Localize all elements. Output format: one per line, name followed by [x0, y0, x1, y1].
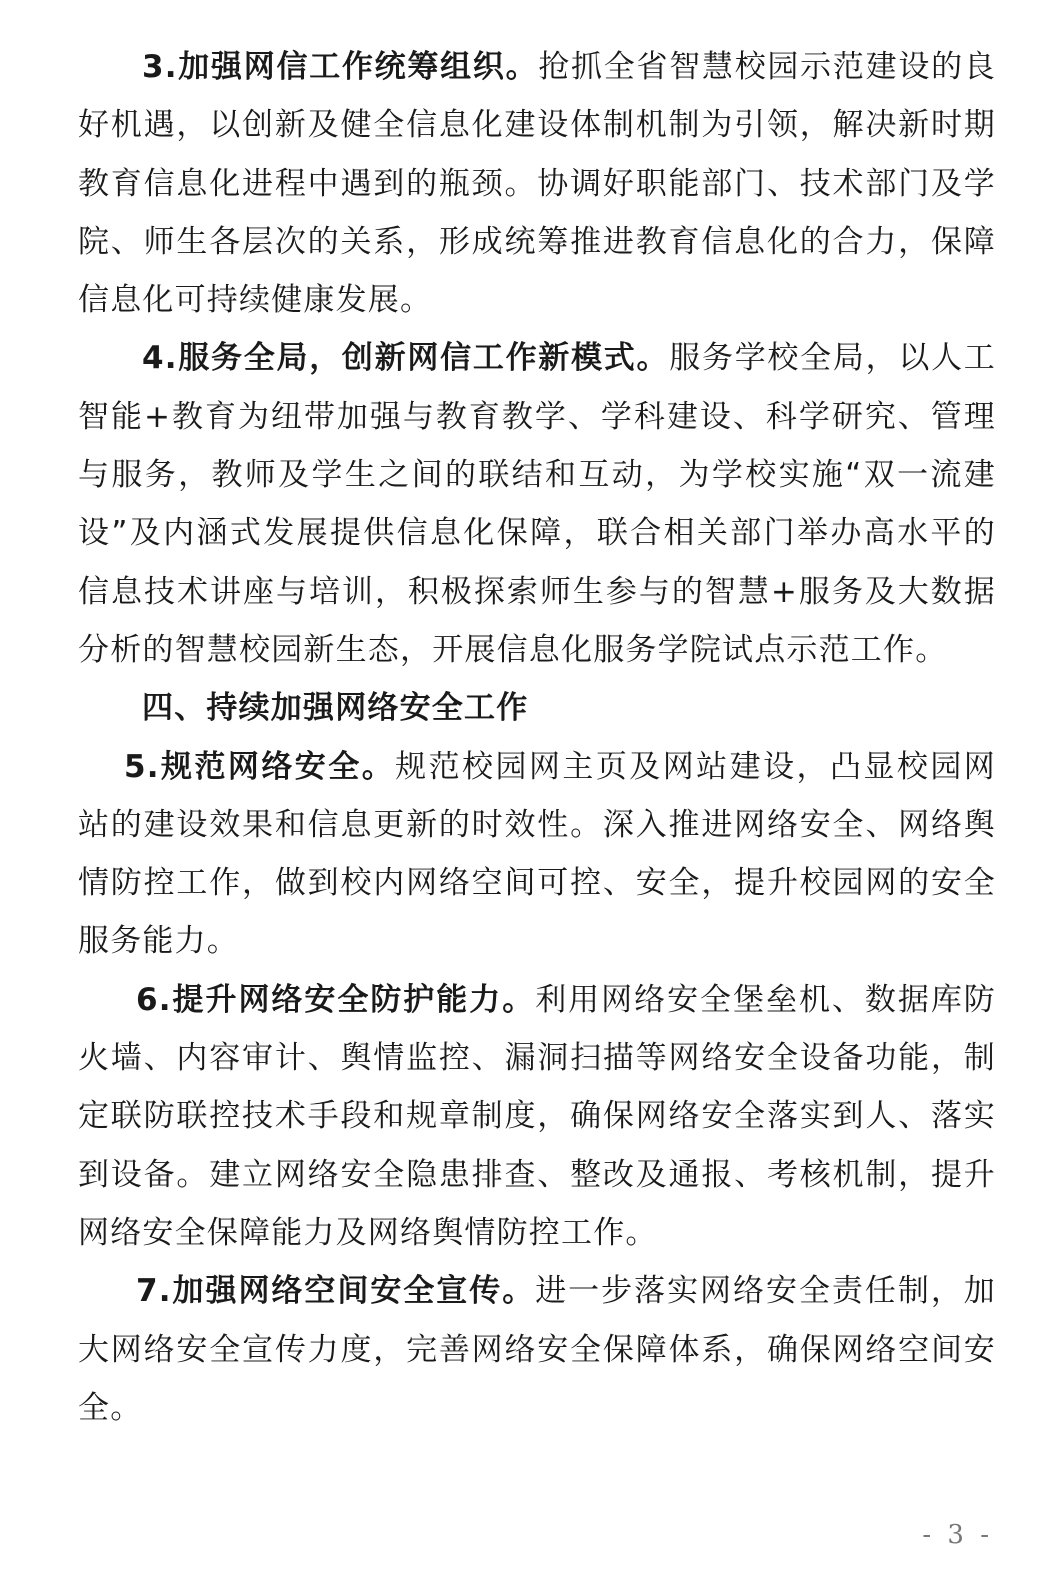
paragraph-item-4: 4.服务全局，创新网信工作新模式。服务学校全局，以人工智能+教育为纽带加强与教育… [78, 329, 996, 679]
paragraph-lead: 5.规范网络安全。 [124, 749, 395, 785]
section-heading: 四、持续加强网络安全工作 [78, 679, 996, 737]
document-page: 3.加强网信工作统筹组织。抢抓全省智慧校园示范建设的良好机遇，以创新及健全信息化… [78, 38, 996, 1437]
paragraph-lead: 7.加强网络空间安全宣传。 [136, 1273, 535, 1309]
paragraph-lead: 6.提升网络安全防护能力。 [136, 982, 535, 1018]
paragraph-item-6: 6.提升网络安全防护能力。利用网络安全堡垒机、数据库防火墙、内容审计、舆情监控、… [78, 971, 996, 1262]
paragraph-body: 抢抓全省智慧校园示范建设的良好机遇，以创新及健全信息化建设体制机制为引领，解决新… [78, 49, 996, 318]
paragraph-lead: 3.加强网信工作统筹组织。 [142, 49, 538, 85]
paragraph-item-5: 5.规范网络安全。规范校园网主页及网站建设，凸显校园网站的建设效果和信息更新的时… [78, 738, 996, 971]
page-number: - 3 - [922, 1520, 993, 1550]
paragraph-lead: 4.服务全局，创新网信工作新模式。 [142, 340, 669, 376]
paragraph-item-7: 7.加强网络空间安全宣传。进一步落实网络安全责任制，加大网络安全宣传力度，完善网… [78, 1262, 996, 1437]
paragraph-body: 利用网络安全堡垒机、数据库防火墙、内容审计、舆情监控、漏洞扫描等网络安全设备功能… [78, 982, 996, 1251]
paragraph-body: 服务学校全局，以人工智能+教育为纽带加强与教育教学、学科建设、科学研究、管理与服… [78, 340, 996, 667]
paragraph-item-3: 3.加强网信工作统筹组织。抢抓全省智慧校园示范建设的良好机遇，以创新及健全信息化… [78, 38, 996, 329]
